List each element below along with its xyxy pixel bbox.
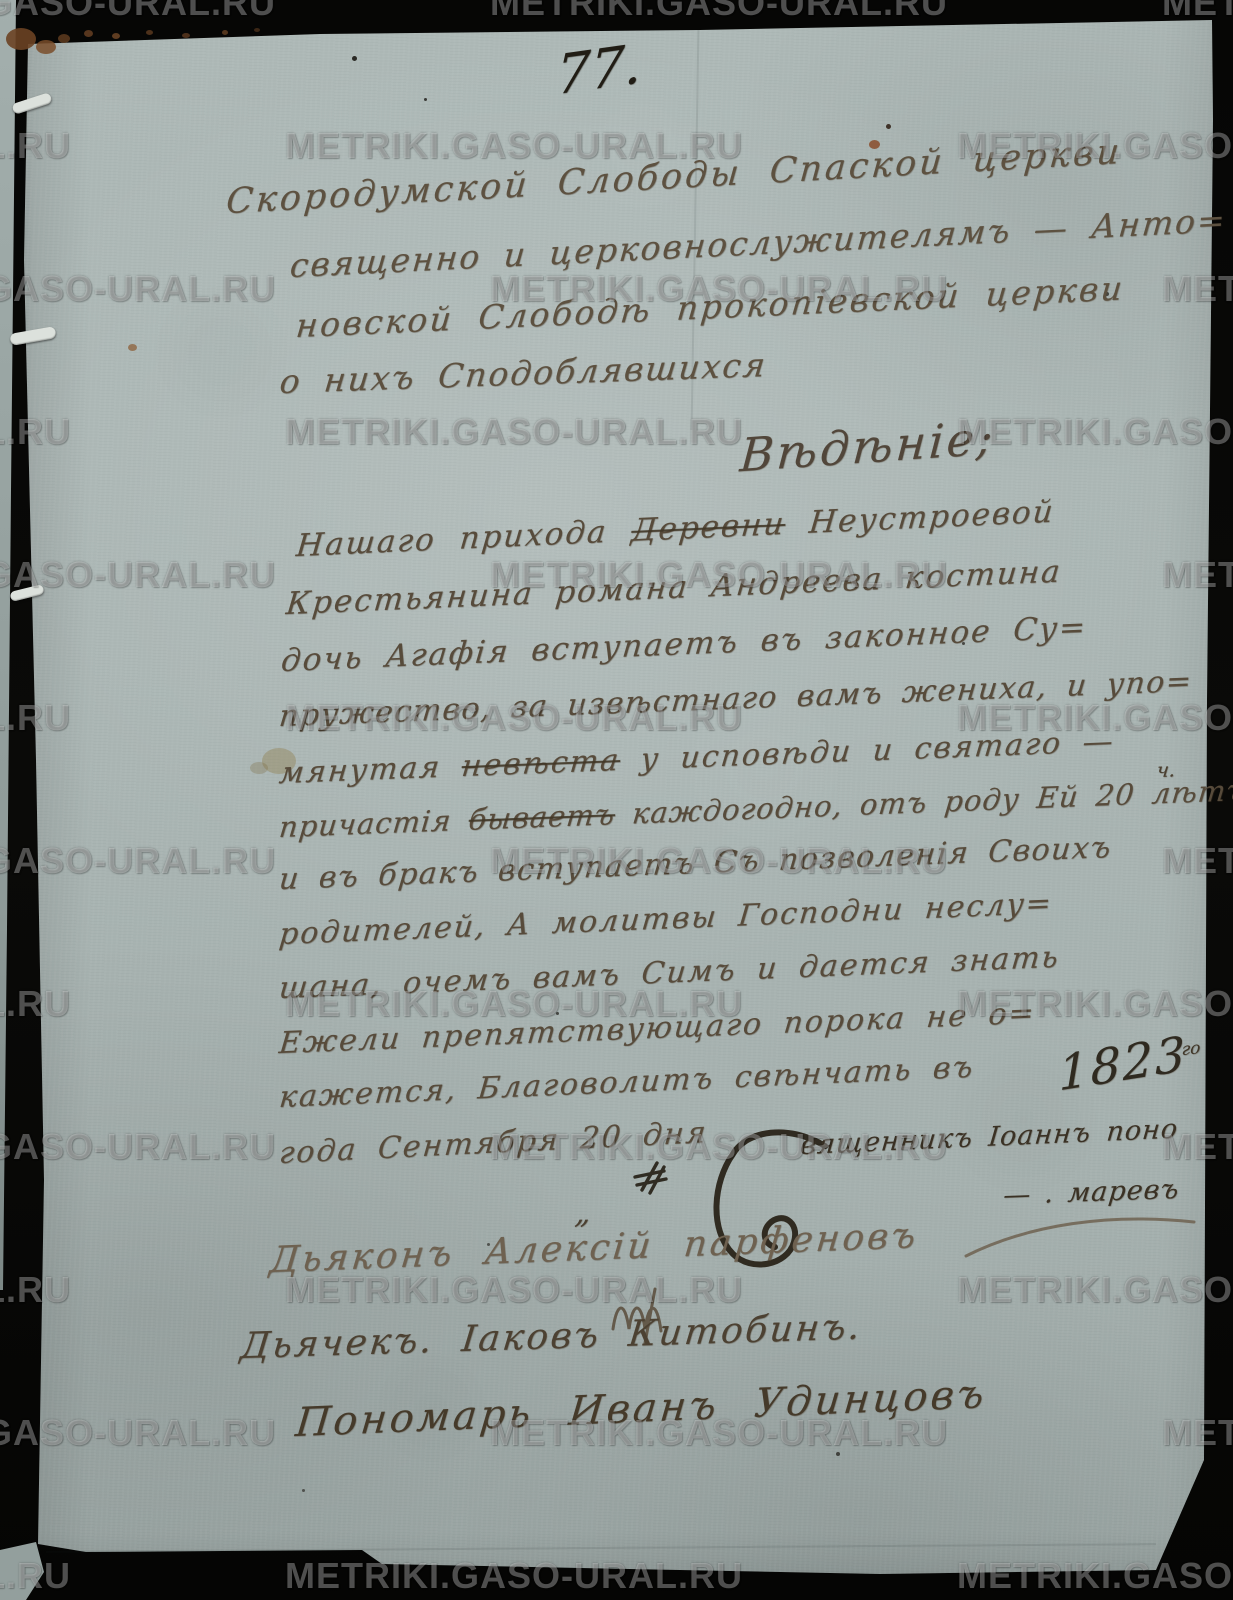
handwritten-line: дочь Агафія вступаетъ въ законное Су= [279, 609, 1088, 679]
deacon-tail-flourish [960, 1208, 1200, 1263]
handwritten-line: пружество, за извѣстнаго вамъ жениха, и … [277, 664, 1194, 734]
handwritten-line: 1823 [1058, 1026, 1188, 1103]
handwritten-line: Дьячекъ. Іаковъ Китобинъ. [239, 1306, 865, 1367]
struck-word: Деревни [630, 506, 787, 549]
document-scan: 77. Скородумской Слободы Спаской церквис… [0, 0, 1233, 1600]
handwritten-line: „ [573, 1196, 593, 1231]
handwritten-line: новской Слободѣ прокопіевской церкви [294, 268, 1126, 345]
handwritten-line: вященникъ Іоаннъ поно [799, 1114, 1180, 1162]
handwritten-line: Нашаго прихода Деревни Неустроевой [295, 494, 1057, 565]
paraph-mark [630, 1156, 674, 1202]
handwritten-line: Скородумской Слободы Спаской церкви [225, 132, 1124, 222]
struck-word: невѣста [460, 743, 622, 784]
handwritten-line: и въ бракъ вступаетъ Съ позволенія Своих… [277, 830, 1113, 897]
handwritten-line: шана, очемъ вамъ Симъ и дается знать [277, 940, 1061, 1007]
handwritten-line: кажется, Благоволитъ свѣнчать въ [278, 1050, 977, 1116]
handwritten-line: Крестьянина романа Андреева костина [284, 553, 1063, 622]
handwritten-line: Пономарь Иванъ Удинцовъ [293, 1371, 988, 1446]
handwritten-line: мянутая невѣста у исповѣди и святаго — [277, 724, 1116, 791]
page-number: 77. [555, 32, 642, 108]
handwritten-line: го [1181, 1038, 1200, 1060]
handwritten-line: Вѣдѣніе; [738, 410, 997, 482]
handwriting-layer: 77. Скородумской Слободы Спаской церквис… [0, 0, 1233, 1600]
handwritten-line: о нихъ Сподоблявшихся [278, 345, 769, 401]
handwritten-line: родителей, А молитвы Господни неслу= [277, 886, 1054, 952]
handwritten-line: — . маревъ [1002, 1174, 1181, 1211]
struck-word: бываетъ [467, 797, 617, 837]
